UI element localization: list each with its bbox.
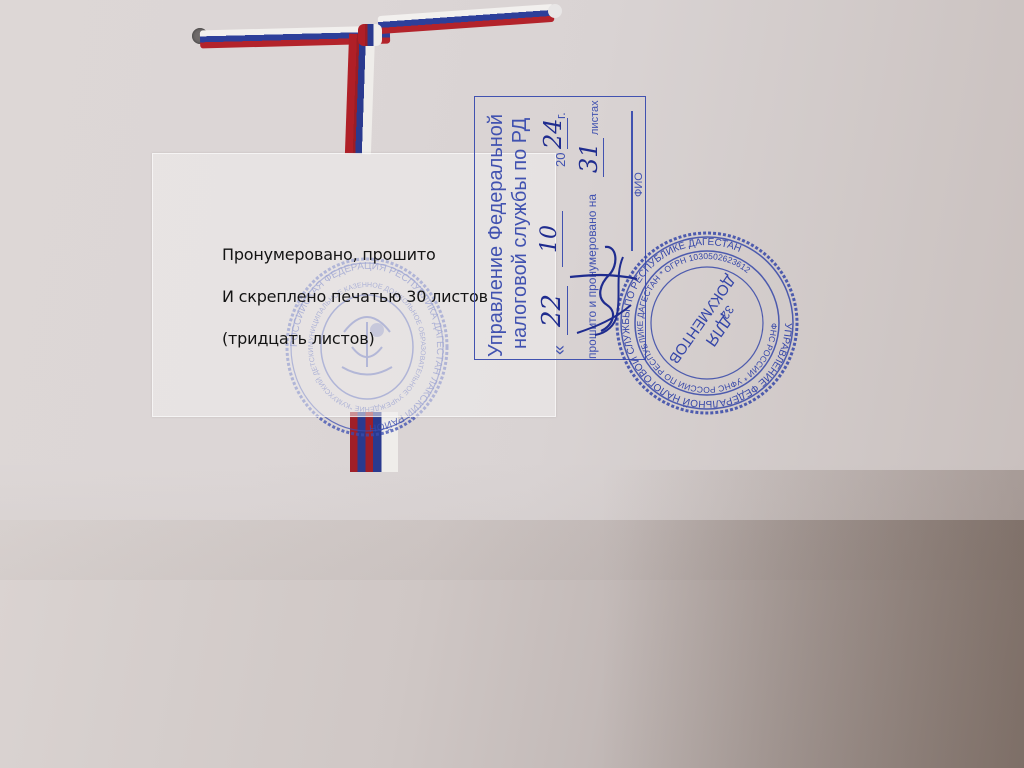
tax-box-fio-label: ФИО (633, 172, 645, 197)
paper-shadow (600, 470, 1024, 768)
tax-box-date-year-suffix: 24 (539, 118, 568, 149)
ribbon-knot (358, 24, 382, 46)
binding-hole-right (548, 4, 562, 18)
tax-box-date-year-prefix: 20 (553, 153, 568, 167)
certification-line-2: И скреплено печатью 30 листов (222, 287, 488, 306)
certification-line-3: (тридцать листов) (222, 329, 375, 348)
ribbon-tail-top (345, 34, 375, 155)
handwritten-signature (565, 235, 645, 345)
tax-box-date-month: 10 (537, 211, 563, 267)
tax-box-sheets-count: 31 (575, 138, 604, 177)
tax-box-date-day: 22 (537, 286, 568, 335)
tax-box-date-year-unit: г. (553, 112, 568, 119)
tax-box-date-quote: « (549, 345, 570, 355)
certification-line-1: Пронумеровано, прошито (222, 245, 436, 264)
tax-box-sheets-unit: листах (589, 100, 601, 135)
tax-box-title-line2: налоговой службы по РД (509, 118, 532, 349)
tax-box-title-line1: Управление Федеральной (485, 114, 508, 357)
